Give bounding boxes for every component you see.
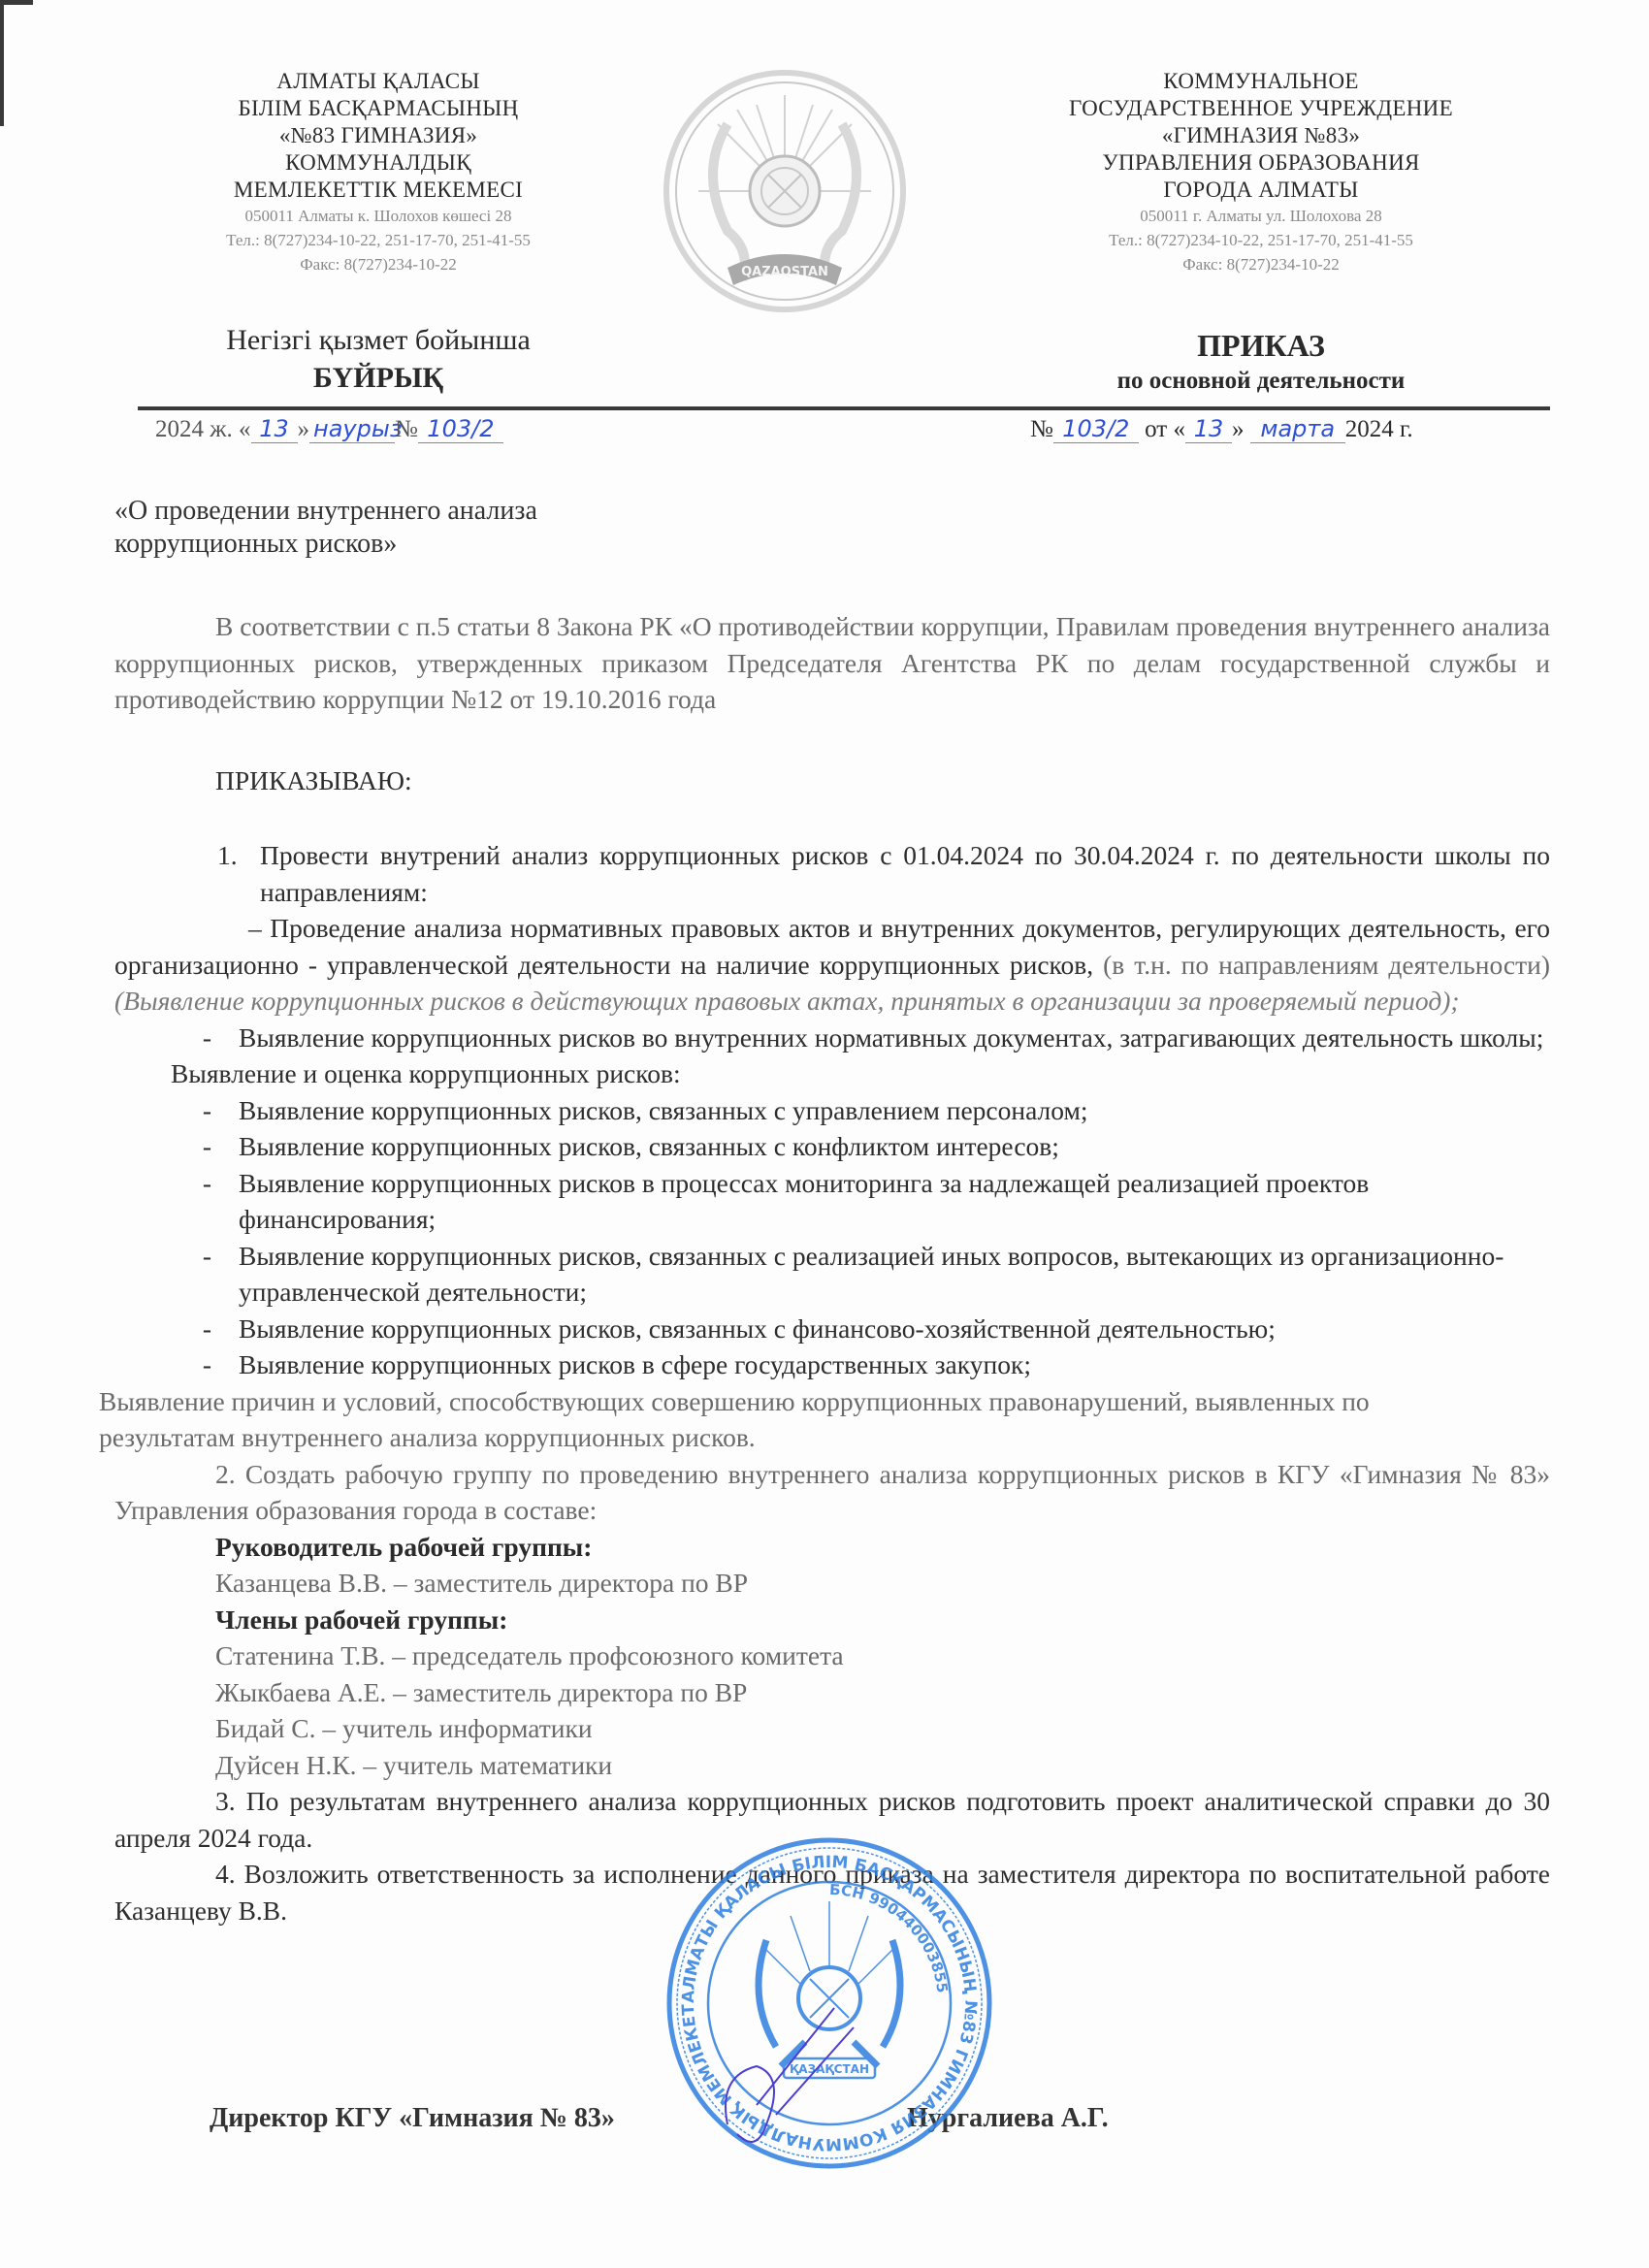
official-stamp-icon: АЛМАТЫ ҚАЛАСЫ БІЛІМ БАСҚАРМАСЫНЫҢ №83 ГИ… bbox=[660, 1833, 999, 2173]
emblem-label: QAZAQSTAN bbox=[741, 265, 828, 279]
list-item: Выявление коррупционных рисков, связанны… bbox=[239, 1238, 1550, 1311]
preamble: В соответствии с п.5 статьи 8 Закона РК … bbox=[114, 608, 1550, 718]
handwritten-month: марта bbox=[1250, 415, 1345, 443]
list-item: Выявление коррупционных рисков в сфере г… bbox=[239, 1346, 1550, 1383]
number-sign: № bbox=[395, 416, 418, 442]
org-line: ГОСУДАРСТВЕННОЕ УЧРЕЖДЕНИЕ bbox=[989, 95, 1533, 122]
org-line: «№83 ГИМНАЗИЯ» bbox=[136, 122, 621, 149]
item-text: Провести внутрений анализ коррупционных … bbox=[260, 837, 1550, 910]
handwritten-day: 13 bbox=[251, 415, 298, 443]
item-marker: 1. bbox=[217, 837, 260, 910]
sub-text: Выявление коррупционных рисков во внутре… bbox=[239, 1020, 1550, 1056]
doc-type-line: Негізгі қызмет бойынша bbox=[136, 322, 621, 359]
member: Жыкбаева А.Е. – заместитель директора по… bbox=[114, 1674, 1550, 1711]
doc-type-title: БҮЙРЫҚ bbox=[136, 359, 621, 398]
list-item: Выявление коррупционных рисков, связанны… bbox=[239, 1092, 1550, 1129]
members-heading: Члены рабочей группы: bbox=[114, 1602, 1550, 1638]
dash-marker: - bbox=[157, 1128, 239, 1165]
org-line: МЕМЛЕКЕТТІК МЕКЕМЕСІ bbox=[136, 177, 621, 204]
org-line: «ГИМНАЗИЯ №83» bbox=[989, 122, 1533, 149]
assessment-item: -Выявление коррупционных рисков, связанн… bbox=[114, 1311, 1550, 1347]
handwritten-month: наурыз bbox=[309, 415, 395, 443]
header-left-kazakh: АЛМАТЫ ҚАЛАСЫ БІЛІМ БАСҚАРМАСЫНЫҢ «№83 Г… bbox=[136, 68, 621, 276]
assessment-item: -Выявление коррупционных рисков, связанн… bbox=[114, 1092, 1550, 1129]
handwritten-number: 103/2 bbox=[1053, 415, 1139, 443]
assessment-item: -Выявление коррупционных рисков, связанн… bbox=[114, 1238, 1550, 1311]
dash-marker: - bbox=[157, 1238, 239, 1311]
doc-type-russian: ПРИКАЗ по основной деятельности bbox=[989, 326, 1533, 398]
date-line-russian: №103/2 от «13» марта2024 г. bbox=[1030, 415, 1413, 443]
phone: Тел.: 8(727)234-10-22, 251-17-70, 251-41… bbox=[989, 228, 1533, 252]
assessment-item: -Выявление коррупционных рисков в процес… bbox=[114, 1165, 1550, 1238]
quote-close: » bbox=[298, 416, 310, 442]
title-line: коррупционных рисков» bbox=[114, 528, 537, 561]
scan-edge bbox=[0, 0, 4, 126]
fax: Факс: 8(727)234-10-22 bbox=[136, 252, 621, 276]
item-1: 1. Провести внутрений анализ коррупционн… bbox=[114, 837, 1550, 910]
member: Статенина Т.В. – председатель профсоюзно… bbox=[114, 1637, 1550, 1674]
scan-edge-top bbox=[0, 0, 33, 5]
header-divider bbox=[138, 406, 1550, 410]
dash-marker: - bbox=[157, 1092, 239, 1129]
handwritten-number: 103/2 bbox=[418, 415, 503, 443]
sub-text-italic: (Выявление коррупционных рисков в действ… bbox=[114, 986, 1460, 1016]
member: Дуйсен Н.К. – учитель математики bbox=[114, 1747, 1550, 1784]
handwritten-day: 13 bbox=[1185, 415, 1232, 443]
address: 050011 г. Алматы ул. Шолохова 28 bbox=[989, 204, 1533, 228]
fax: Факс: 8(727)234-10-22 bbox=[989, 252, 1533, 276]
org-line: КОММУНАЛДЫҚ bbox=[136, 149, 621, 177]
list-item: Выявление коррупционных рисков, связанны… bbox=[239, 1311, 1550, 1347]
sub-text-cont: (в т.н. по направлениям деятельности) bbox=[1103, 950, 1550, 980]
doc-type-title: ПРИКАЗ bbox=[989, 326, 1533, 365]
causes: Выявление причин и условий, способствующ… bbox=[99, 1383, 1550, 1456]
year-prefix: 2024 ж. « bbox=[155, 416, 251, 442]
quote-close: » bbox=[1232, 416, 1245, 442]
item-1-sub-2: - Выявление коррупционных рисков во внут… bbox=[114, 1020, 1550, 1056]
assessment-heading: Выявление и оценка коррупционных рисков: bbox=[114, 1055, 1550, 1092]
doc-type-kazakh: Негізгі қызмет бойынша БҮЙРЫҚ bbox=[136, 322, 621, 398]
item-2: 2. Создать рабочую группу по проведению … bbox=[114, 1456, 1550, 1529]
order-word: ПРИКАЗЫВАЮ: bbox=[114, 762, 1550, 799]
date-line-kazakh: 2024 ж. «13»наурыз№103/2 bbox=[155, 415, 503, 443]
item-1-sub-1: – Проведение анализа нормативных правовы… bbox=[114, 910, 1550, 1020]
assessment-item: -Выявление коррупционных рисков в сфере … bbox=[114, 1346, 1550, 1383]
leader: Казанцева В.В. – заместитель директора п… bbox=[114, 1565, 1550, 1602]
org-line: БІЛІМ БАСҚАРМАСЫНЫҢ bbox=[136, 95, 621, 122]
doc-type-line: по основной деятельности bbox=[989, 365, 1533, 398]
state-emblem-icon: QAZAQSTAN bbox=[660, 66, 910, 316]
org-line: УПРАВЛЕНИЯ ОБРАЗОВАНИЯ bbox=[989, 149, 1533, 177]
org-line: КОММУНАЛЬНОЕ bbox=[989, 68, 1533, 95]
dash-marker: - bbox=[157, 1311, 239, 1347]
org-line: ГОРОДА АЛМАТЫ bbox=[989, 177, 1533, 204]
signatory-position: Директор КГУ «Гимназия № 83» bbox=[210, 2103, 615, 2134]
assessment-item: -Выявление коррупционных рисков, связанн… bbox=[114, 1128, 1550, 1165]
dash-marker: - bbox=[157, 1346, 239, 1383]
address: 050011 Алматы к. Шолохов көшесі 28 bbox=[136, 204, 621, 228]
list-item: Выявление коррупционных рисков, связанны… bbox=[239, 1128, 1550, 1165]
dash-marker: - bbox=[157, 1165, 239, 1238]
header-right-russian: КОММУНАЛЬНОЕ ГОСУДАРСТВЕННОЕ УЧРЕЖДЕНИЕ … bbox=[989, 68, 1533, 276]
title-line: «О проведении внутреннего анализа bbox=[114, 495, 537, 528]
year-suffix: 2024 г. bbox=[1345, 416, 1413, 442]
from-label: от « bbox=[1145, 416, 1185, 442]
number-sign: № bbox=[1030, 416, 1053, 442]
phone: Тел.: 8(727)234-10-22, 251-17-70, 251-41… bbox=[136, 228, 621, 252]
document-body: В соответствии с п.5 статьи 8 Закона РК … bbox=[114, 608, 1550, 1928]
stamp-center-label: ҚАЗАҚСТАН bbox=[790, 2062, 869, 2076]
org-line: АЛМАТЫ ҚАЛАСЫ bbox=[136, 68, 621, 95]
document-title: «О проведении внутреннего анализа корруп… bbox=[114, 495, 537, 561]
leader-heading: Руководитель рабочей группы: bbox=[114, 1529, 1550, 1566]
dash-marker: - bbox=[157, 1020, 239, 1056]
member: Бидай С. – учитель информатики bbox=[114, 1710, 1550, 1747]
list-item: Выявление коррупционных рисков в процесс… bbox=[239, 1165, 1550, 1238]
